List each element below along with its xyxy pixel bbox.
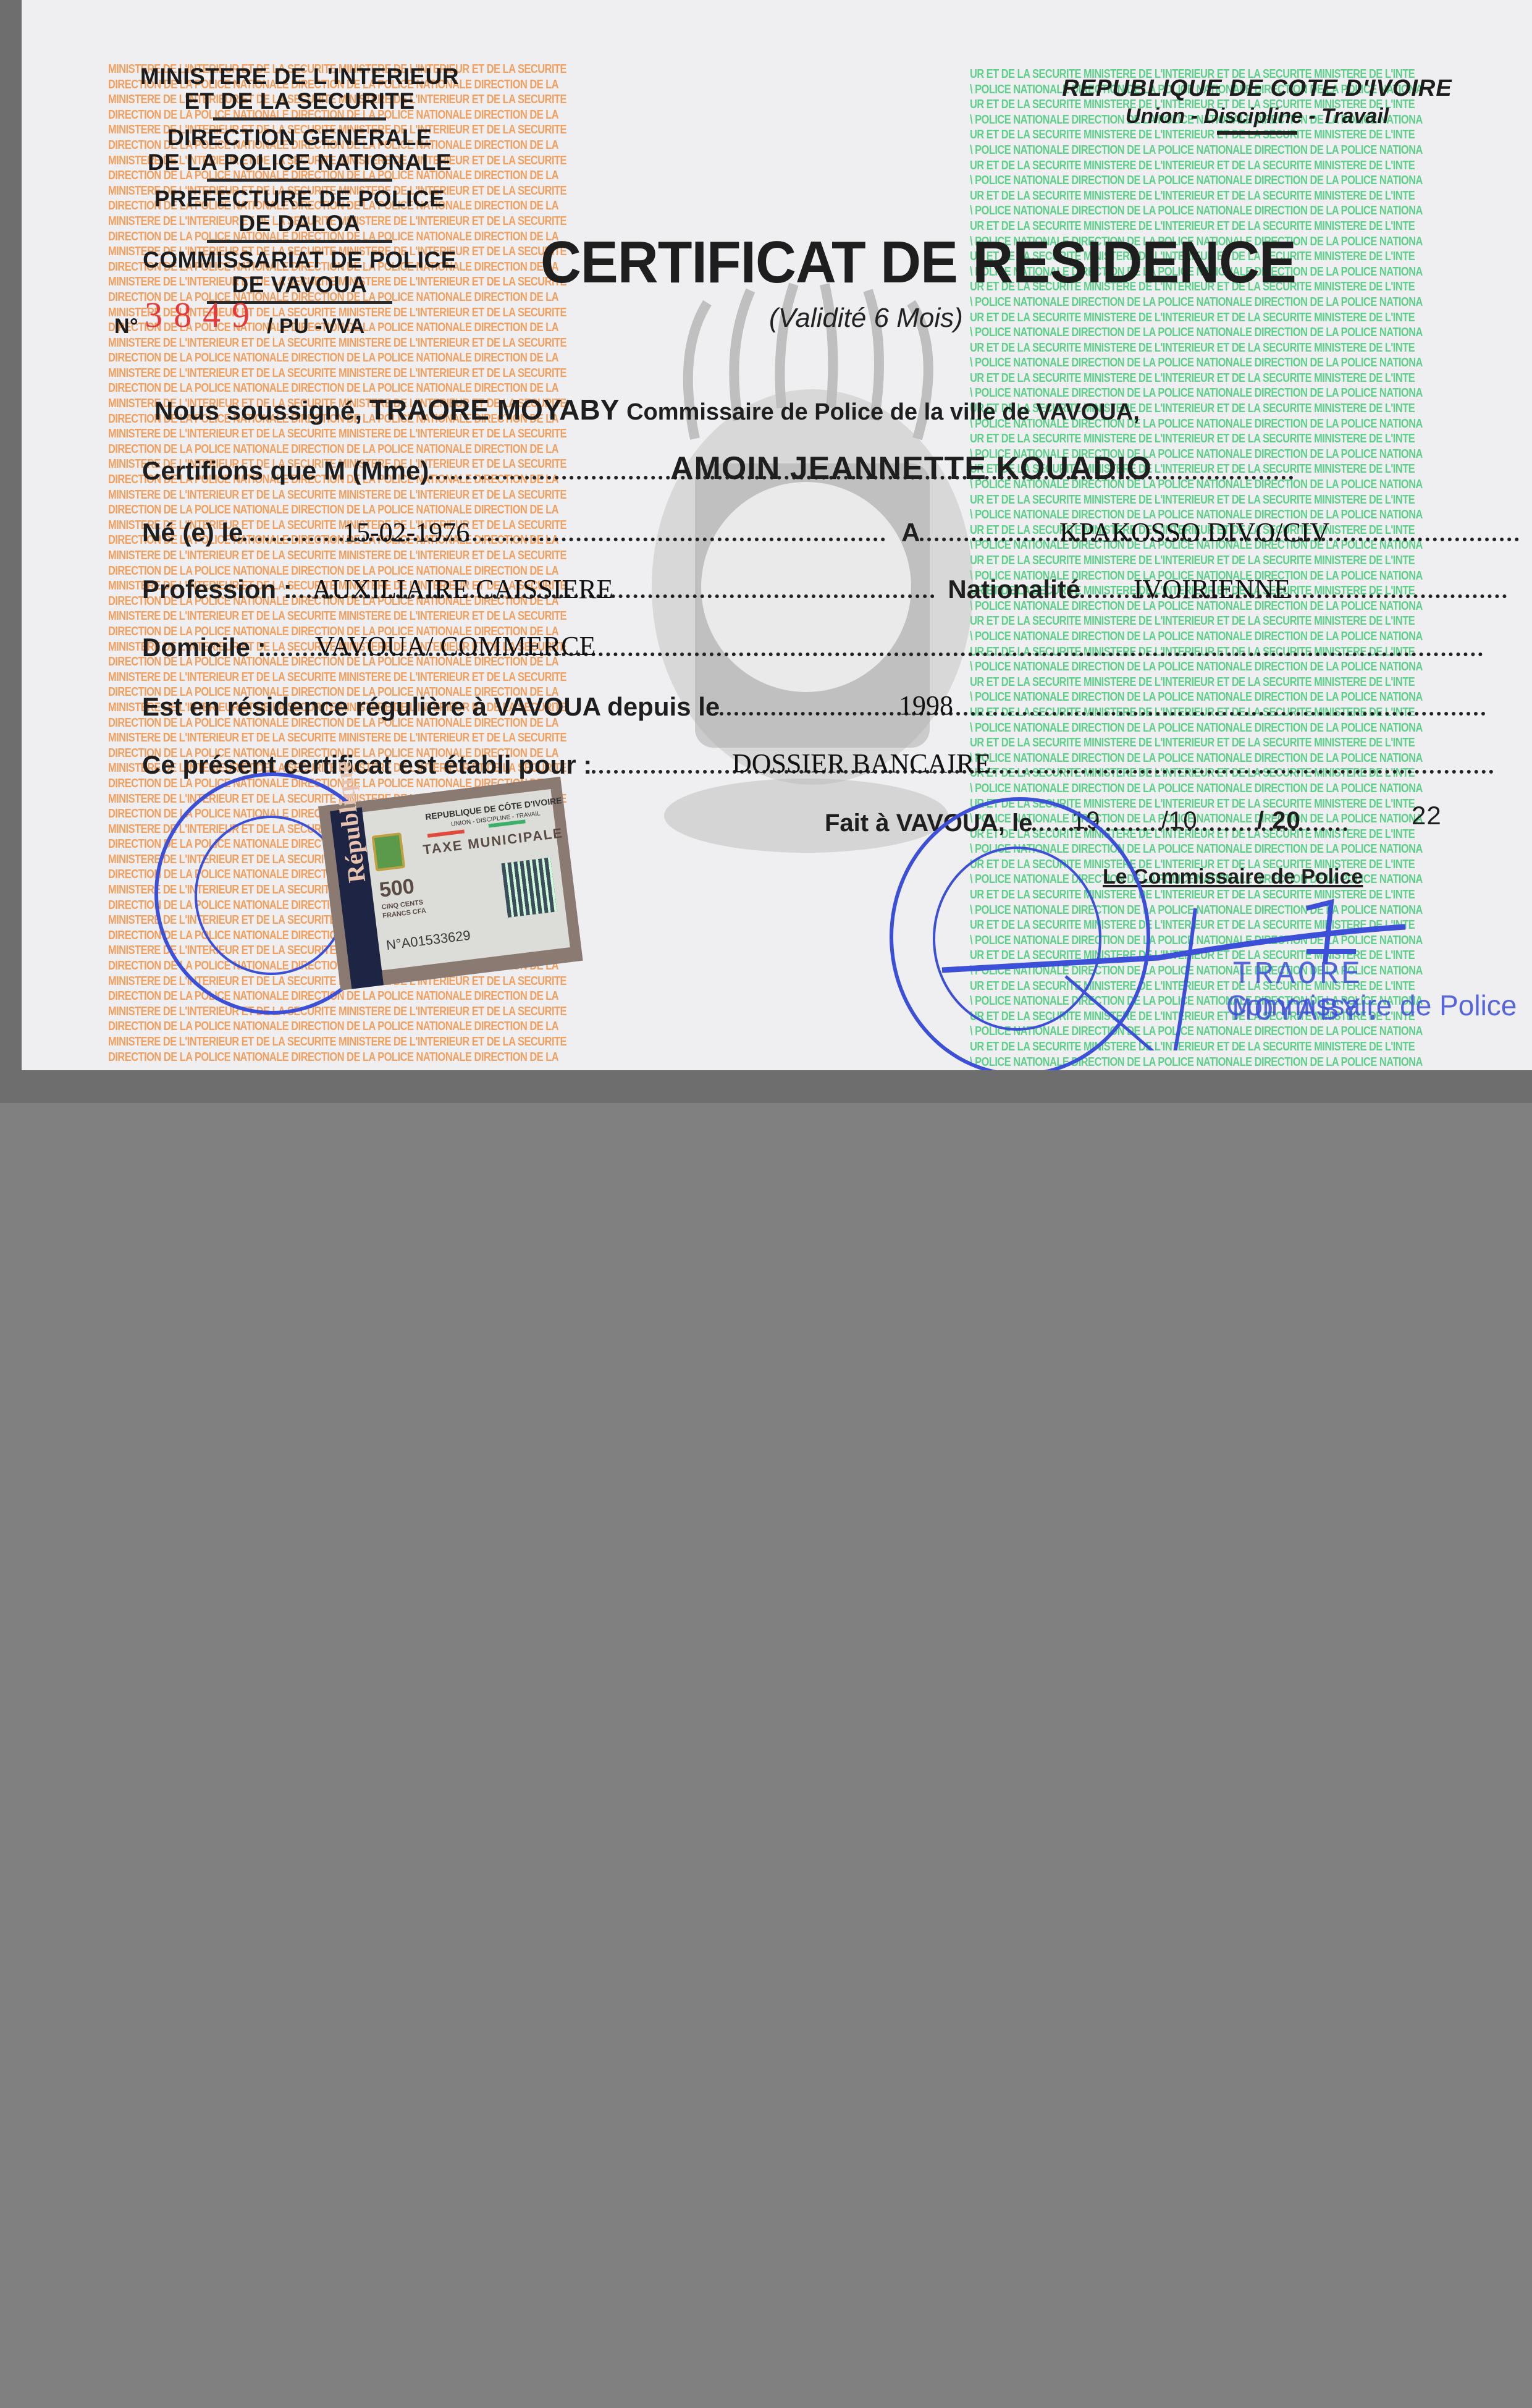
security-text-line: MINISTERE DE L'INTERIEUR ET DE LA SECURI… xyxy=(108,426,615,442)
fill-dots xyxy=(243,538,885,541)
born-label: Né (e) le xyxy=(142,518,243,547)
intro-line: Nous soussigné, TRAORE MOYABY Commissair… xyxy=(154,393,1140,426)
security-text-line: UR ET DE LA SECURITE MINISTERE DE L'INTE… xyxy=(970,675,1476,690)
security-text-line: \ POLICE NATIONALE DIRECTION DE LA POLIC… xyxy=(970,173,1476,188)
domicile-value: VAVOUA/ COMMERCE xyxy=(315,630,596,662)
security-text-line: MINISTERE DE L'INTERIEUR ET DE LA SECURI… xyxy=(108,1004,615,1020)
commissariat-line2: DE VAVOUA xyxy=(114,272,485,297)
ministry-line2: ET DE LA SECURITE xyxy=(114,89,485,114)
ref-suffix: / PU -VVA xyxy=(267,315,365,338)
security-text-line: UR ET DE LA SECURITE MINISTERE DE L'INTE… xyxy=(970,431,1476,447)
residence-since-value: 1998 xyxy=(899,690,953,721)
header-divider xyxy=(207,179,392,182)
birth-date-value: 15-02-1976 xyxy=(343,517,469,548)
security-text-line: \ POLICE NATIONALE DIRECTION DE LA POLIC… xyxy=(970,720,1476,736)
security-text-line: MINISTERE DE L'INTERIEUR ET DE LA SECURI… xyxy=(108,730,615,746)
security-text-line: \ POLICE NATIONALE DIRECTION DE LA POLIC… xyxy=(970,781,1476,796)
direction-line2: DE LA POLICE NATIONALE xyxy=(114,150,485,175)
security-text-line: UR ET DE LA SECURITE MINISTERE DE L'INTE… xyxy=(970,188,1476,204)
ref-prefix: N° xyxy=(114,315,138,338)
direction-line1: DIRECTION GENERALE xyxy=(114,125,485,150)
domicile-label: Domicile : xyxy=(142,633,266,662)
document-title: CERTIFICAT DE RESIDENCE xyxy=(541,229,1296,297)
purpose-value: DOSSIER BANCAIRE xyxy=(732,748,991,779)
motto-underline xyxy=(1217,131,1297,135)
tax-label: TAXE MUNICIPALE xyxy=(422,825,564,858)
ivory-coast-coat-of-arms-icon xyxy=(371,832,405,871)
fill-dots xyxy=(592,770,1494,774)
security-text-line: DIRECTION DE LA POLICE NATIONALE DIRECTI… xyxy=(108,1019,615,1034)
security-text-line: UR ET DE LA SECURITE MINISTERE DE L'INTE… xyxy=(970,340,1476,356)
nationality-label: Nationalité xyxy=(948,575,1080,604)
security-text-line: MINISTERE DE L'INTERIEUR ET DE LA SECURI… xyxy=(108,548,615,564)
ministry-line1: MINISTERE DE L'INTERIEUR xyxy=(114,64,485,89)
security-text-line: DIRECTION DE LA POLICE NATIONALE DIRECTI… xyxy=(108,350,615,366)
issue-year-suffix: 22 xyxy=(1412,801,1442,830)
security-text-line: UR ET DE LA SECURITE MINISTERE DE L'INTE… xyxy=(970,492,1476,508)
security-text-line: MINISTERE DE L'INTERIEUR ET DE LA SECURI… xyxy=(108,488,615,503)
profession-label: Profession : xyxy=(142,575,292,604)
security-text-line: MINISTERE DE L'INTERIEUR ET DE LA SECURI… xyxy=(108,670,615,685)
security-text-line: DIRECTION DE LA POLICE NATIONALE DIRECTI… xyxy=(108,1050,615,1065)
security-text-line: UR ET DE LA SECURITE MINISTERE DE L'INTE… xyxy=(970,553,1476,568)
ref-number-handwritten: 3849 xyxy=(145,295,261,335)
officer-name: TRAORE MOYABY xyxy=(369,394,620,426)
intro-suffix: Commissaire de Police de la ville de VAV… xyxy=(626,399,1140,425)
certificate-paper: MINISTERE DE L'INTERIEUR ET DE LA SECURI… xyxy=(22,0,1532,1070)
header-divider xyxy=(213,117,386,120)
datamatrix-code-icon xyxy=(501,858,557,918)
security-text-line: \ POLICE NATIONALE DIRECTION DE LA POLIC… xyxy=(970,143,1476,158)
validity-note: (Validité 6 Mois) xyxy=(769,303,963,334)
reference-number: N° 3849 / PU -VVA xyxy=(114,309,485,339)
officer-role-stamp: Commissaire de Police xyxy=(1226,989,1517,1022)
birth-place-value: KPAKOSSO DIVO/CIV xyxy=(1059,517,1329,548)
commissariat-line1: COMMISSARIAT DE POLICE xyxy=(114,248,485,272)
born-at-label: A xyxy=(901,518,920,547)
profession-value: AUXILIAIRE CAISSIERE xyxy=(312,573,613,605)
holder-name-value: AMOIN JEANNETTE KOUADIO xyxy=(670,450,1152,487)
certify-label: Certifions que M (Mme) xyxy=(142,456,429,485)
security-text-line: UR ET DE LA SECURITE MINISTERE DE L'INTE… xyxy=(970,614,1476,629)
security-text-line: \ POLICE NATIONALE DIRECTION DE LA POLIC… xyxy=(970,355,1476,371)
tax-serial: N°A01533629 xyxy=(385,927,471,954)
flag-stripe-orange xyxy=(427,829,465,837)
national-motto: Union - Discipline - Travail xyxy=(1022,104,1492,129)
security-text-line: \ POLICE NATIONALE DIRECTION DE LA POLIC… xyxy=(970,295,1476,310)
header-divider xyxy=(207,240,392,243)
issue-month: /10 xyxy=(1161,807,1198,835)
tax-value: 500 xyxy=(378,874,416,903)
prefecture-line1: PREFECTURE DE POLICE xyxy=(114,187,485,211)
intro-prefix: Nous soussigné, xyxy=(154,396,362,425)
security-text-line: MINISTERE DE L'INTERIEUR ET DE LA SECURI… xyxy=(108,366,615,381)
security-text-line: DIRECTION DE LA POLICE NATIONALE DIRECTI… xyxy=(108,989,615,1004)
nationality-value: IVOIRIENNE xyxy=(1134,573,1290,605)
security-text-line: UR ET DE LA SECURITE MINISTERE DE L'INTE… xyxy=(970,158,1476,174)
prefecture-line2: DE DALOA xyxy=(114,211,485,236)
residence-label: Est en résidence régulière à VAVOUA depu… xyxy=(142,692,720,721)
security-text-line: UR ET DE LA SECURITE MINISTERE DE L'INTE… xyxy=(970,371,1476,386)
municipal-tax-stamp: République REPUBLIQUE DE CÔTE D'IVOIRE U… xyxy=(318,777,583,991)
issue-year-prefix: / 20 xyxy=(1257,807,1301,835)
security-text-line: MINISTERE DE L'INTERIEUR ET DE LA SECURI… xyxy=(108,609,615,624)
security-text-line: DIRECTION DE LA POLICE NATIONALE DIRECTI… xyxy=(108,502,615,518)
signatory-title: Le Commissaire de Police xyxy=(1103,865,1363,889)
security-text-line: DIRECTION DE LA POLICE NATIONALE DIRECTI… xyxy=(108,442,615,457)
purpose-label: Ce présent certificat est établi pour : xyxy=(142,750,592,779)
security-text-line: \ POLICE NATIONALE DIRECTION DE LA POLIC… xyxy=(970,325,1476,340)
security-text-line: \ POLICE NATIONALE DIRECTION DE LA POLIC… xyxy=(970,203,1476,219)
security-text-line: UR ET DE LA SECURITE MINISTERE DE L'INTE… xyxy=(970,310,1476,326)
fill-dots xyxy=(720,712,1486,716)
residence-line: Est en résidence régulière à VAVOUA depu… xyxy=(142,692,1486,722)
republic-header: REPUBLIQUE DE COTE D'IVOIRE Union - Disc… xyxy=(1022,75,1492,135)
issuing-authority-header: MINISTERE DE L'INTERIEUR ET DE LA SECURI… xyxy=(114,64,485,339)
security-text-line: MINISTERE DE L'INTERIEUR ET DE LA SECURI… xyxy=(108,1034,615,1050)
republic-name: REPUBLIQUE DE COTE D'IVOIRE xyxy=(1022,75,1492,102)
security-text-line: UR ET DE LA SECURITE MINISTERE DE L'INTE… xyxy=(970,735,1476,751)
tax-stamp-face: REPUBLIQUE DE CÔTE D'IVOIRE UNION - DISC… xyxy=(363,789,570,970)
